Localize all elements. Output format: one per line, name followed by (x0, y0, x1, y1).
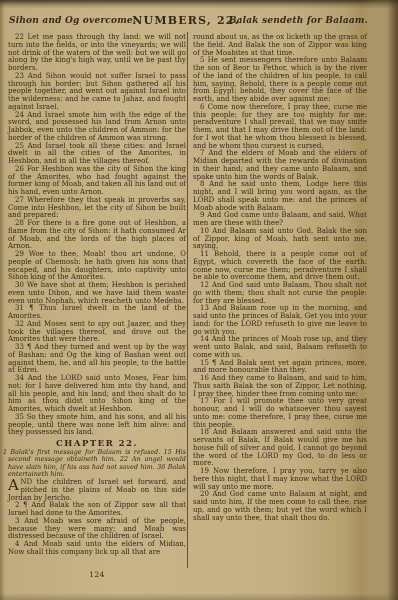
verse-paragraph: 34 And the LORD said unto Moses, Fear hi… (8, 375, 186, 414)
chapter-summary: 1 Balak's first message for Balaam is re… (8, 449, 186, 478)
verse-paragraph: 10 And Balaam said unto God, Balak the s… (193, 228, 367, 251)
page-gutter-shadow (364, 0, 398, 600)
drop-cap: A (8, 479, 20, 493)
verse-paragraph: 14 And the princes of Moab rose up, and … (193, 336, 367, 359)
column-divider-rule (187, 32, 188, 568)
verse-paragraph: 19 Now therefore, I pray you, tarry ye a… (193, 468, 367, 491)
left-text-column: 22 Let me pass through thy land: we will… (8, 34, 186, 557)
verse-paragraph: 7 And the elders of Moab and the elders … (193, 150, 367, 181)
verse-paragraph: 13 And Balaam rose up in the morning, an… (193, 305, 367, 336)
verse-paragraph: 30 We have shot at them; Heshbon is peri… (8, 282, 186, 305)
verse-paragraph: 26 For Heshbon was the city of Sihon the… (8, 166, 186, 197)
page-number: 124 (8, 570, 186, 579)
verse-paragraph-dropcap: AND the children of Israel set forward, … (8, 479, 186, 502)
verse-paragraph: 11 Behold, there is a people come out of… (193, 251, 367, 282)
running-head: Sihon and Og overcome. NUMBERS, 22. Bala… (0, 14, 372, 30)
bible-page: Sihon and Og overcome. NUMBERS, 22. Bala… (0, 0, 398, 600)
verse-paragraph: 5 He sent messengers therefore unto Bala… (193, 57, 367, 104)
verse-paragraph: 27 Wherefore they that speak in proverbs… (8, 197, 186, 220)
continuation-paragraph: round about us, as the ox licketh up the… (193, 34, 367, 57)
verse-paragraph: 33 ¶ And they turned and went up by the … (8, 344, 186, 375)
verse-paragraph: 15 ¶ And Balak sent yet again princes, m… (193, 360, 367, 376)
verse-paragraph: 22 Let me pass through thy land: we will… (8, 34, 186, 73)
verse-paragraph: 35 So they smote him, and his sons, and … (8, 414, 186, 437)
verse-paragraph: 4 And Moab said unto the elders of Midia… (8, 541, 186, 557)
verse-paragraph: 25 And Israel took all these cities: and… (8, 143, 186, 166)
verse-paragraph: 16 And they came to Balaam, and said to … (193, 375, 367, 398)
right-text-column: round about us, as the ox licketh up the… (193, 34, 367, 522)
verse-paragraph: 9 And God came unto Balaam, and said, Wh… (193, 212, 367, 228)
verse-paragraph: 12 And God said unto Balaam, Thou shalt … (193, 282, 367, 305)
verse-paragraph: 18 And Balaam answered and said unto the… (193, 429, 367, 468)
verse-paragraph: 20 And God came unto Balaam at night, an… (193, 491, 367, 522)
verse-paragraph: 28 For there is a fire gone out of Heshb… (8, 220, 186, 251)
verse-paragraph: 32 And Moses sent to spy out Jaazer, and… (8, 321, 186, 344)
verse-paragraph: 3 And Moab was sore afraid of the people… (8, 518, 186, 541)
verse-paragraph: 2 ¶ And Balak the son of Zippor saw all … (8, 502, 186, 518)
verse-paragraph: 24 And Israel smote him with the edge of… (8, 112, 186, 143)
verse-paragraph: 6 Come now therefore, I pray thee, curse… (193, 104, 367, 151)
verse-paragraph: 17 For I will promote thee unto very gre… (193, 398, 367, 429)
verse-paragraph: 29 Woe to thee, Moab! thou art undone, O… (8, 251, 186, 282)
verse-paragraph: 8 And he said unto them, Lodge here this… (193, 181, 367, 212)
verse-paragraph: 23 And Sihon would not suffer Israel to … (8, 73, 186, 112)
verse-paragraph: 31 ¶ Thus Israel dwelt in the land of th… (8, 305, 186, 321)
running-head-right: Balak sendeth for Balaam. (229, 16, 368, 26)
